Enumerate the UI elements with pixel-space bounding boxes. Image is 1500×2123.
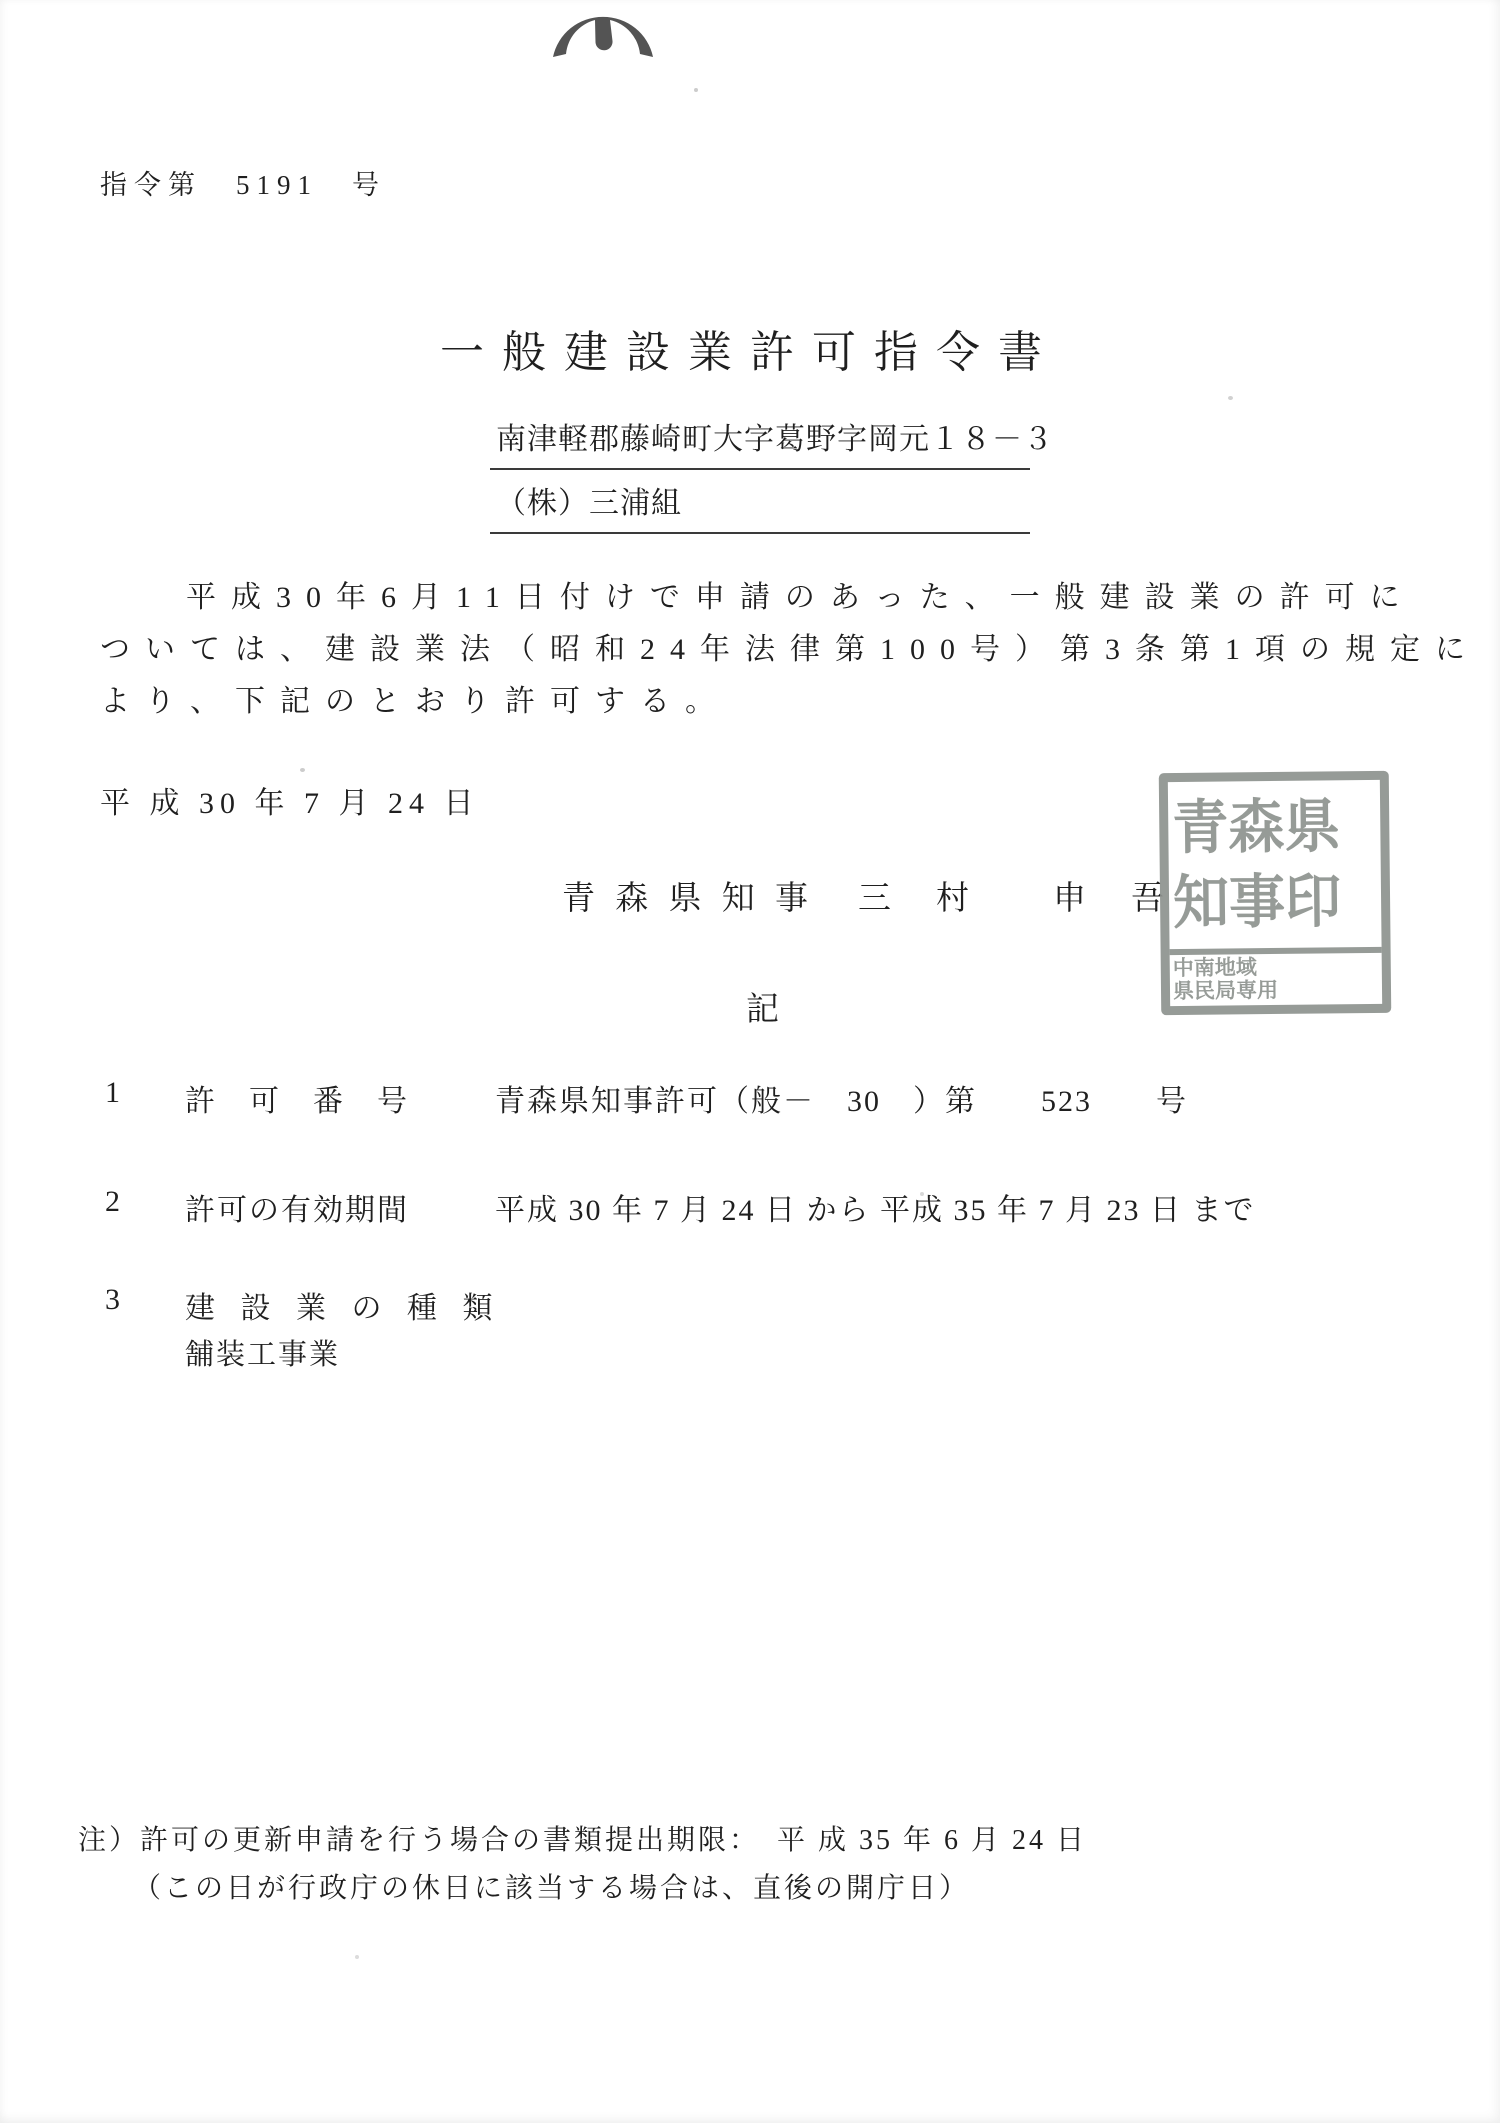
note-line-1: 注）許可の更新申請を行う場合の書類提出期限： 平 成 35 年 6 月 24 日 bbox=[78, 1818, 1087, 1858]
scan-speck bbox=[920, 1192, 924, 1196]
permit-item-1: 1 許 可 番 号 青森県知事許可（般－ 30 ）第 523 号 bbox=[105, 1076, 1188, 1120]
governor-seal-stamp: 青森県 知事印 中南地域 県民局専用 bbox=[1159, 771, 1392, 1015]
body-line-3: より、下記のとおり許可する。 bbox=[100, 676, 1440, 728]
permit-item-2: 2 許可の有効期間 平成 30 年 7 月 24 日 から 平成 35 年 7 … bbox=[105, 1185, 1256, 1229]
governor-name: 三 村 申 吾 bbox=[858, 881, 1170, 917]
permit-item-3: 3 建 設 業 の 種 類 bbox=[105, 1283, 495, 1327]
issue-date: 平 成 30 年 7 月 24 日 bbox=[100, 778, 480, 822]
item-2-label: 許可の有効期間 bbox=[185, 1185, 495, 1229]
recipient-company-name: （株）三浦組 bbox=[490, 470, 1030, 534]
body-line-2: ついては、建設業法（昭和24年法律第100号）第3条第1項の規定に bbox=[100, 624, 1440, 676]
scan-artifact-fan-mark bbox=[552, 5, 654, 60]
document-title: 一般建設業許可指令書 bbox=[0, 316, 1500, 380]
recipient-address: 南津軽郡藤崎町大字葛野字岡元１８－３ bbox=[490, 408, 1030, 470]
note-line-2: （この日が行政庁の休日に該当する場合は、直後の開庁日） bbox=[133, 1866, 970, 1906]
scan-speck bbox=[1228, 396, 1233, 400]
item-2-number: 2 bbox=[105, 1185, 185, 1219]
scan-speck bbox=[300, 768, 305, 772]
record-heading: 記 bbox=[746, 983, 781, 1030]
governor-title: 青 森 県 知 事 bbox=[562, 881, 814, 917]
body-paragraph: 平成30年6月11日付けで申請のあった、一般建設業の許可に ついては、建設業法（… bbox=[100, 572, 1440, 728]
scan-speck bbox=[694, 88, 698, 92]
item-1-number: 1 bbox=[105, 1076, 185, 1110]
item-1-label: 許 可 番 号 bbox=[185, 1076, 495, 1120]
seal-band-row-2: 県民局専用 bbox=[1173, 978, 1379, 1003]
directive-number: 指令第 5191 号 bbox=[100, 163, 386, 202]
item-2-value: 平成 30 年 7 月 24 日 から 平成 35 年 7 月 23 日 まで bbox=[495, 1185, 1256, 1229]
seal-row-1: 青森県 bbox=[1172, 795, 1377, 860]
item-1-value: 青森県知事許可（般－ 30 ）第 523 号 bbox=[495, 1076, 1188, 1120]
item-3-label: 建 設 業 の 種 類 bbox=[185, 1283, 495, 1327]
item-3-number: 3 bbox=[105, 1283, 185, 1317]
recipient-block: 南津軽郡藤崎町大字葛野字岡元１８－３ （株）三浦組 bbox=[490, 408, 1030, 534]
seal-main-area: 青森県 知事印 bbox=[1168, 780, 1382, 949]
item-3-value: 舗装工事業 bbox=[185, 1332, 340, 1373]
scan-speck bbox=[355, 1955, 359, 1959]
seal-row-2: 知事印 bbox=[1173, 870, 1378, 935]
seal-band-row-1: 中南地域 bbox=[1173, 955, 1379, 980]
seal-bottom-band: 中南地域 県民局専用 bbox=[1170, 947, 1383, 1006]
body-line-1: 平成30年6月11日付けで申請のあった、一般建設業の許可に bbox=[100, 572, 1440, 624]
governor-signature: 青 森 県 知 事三 村 申 吾 bbox=[562, 872, 1170, 919]
permit-document-page: 指令第 5191 号 一般建設業許可指令書 南津軽郡藤崎町大字葛野字岡元１８－３… bbox=[0, 0, 1500, 2123]
